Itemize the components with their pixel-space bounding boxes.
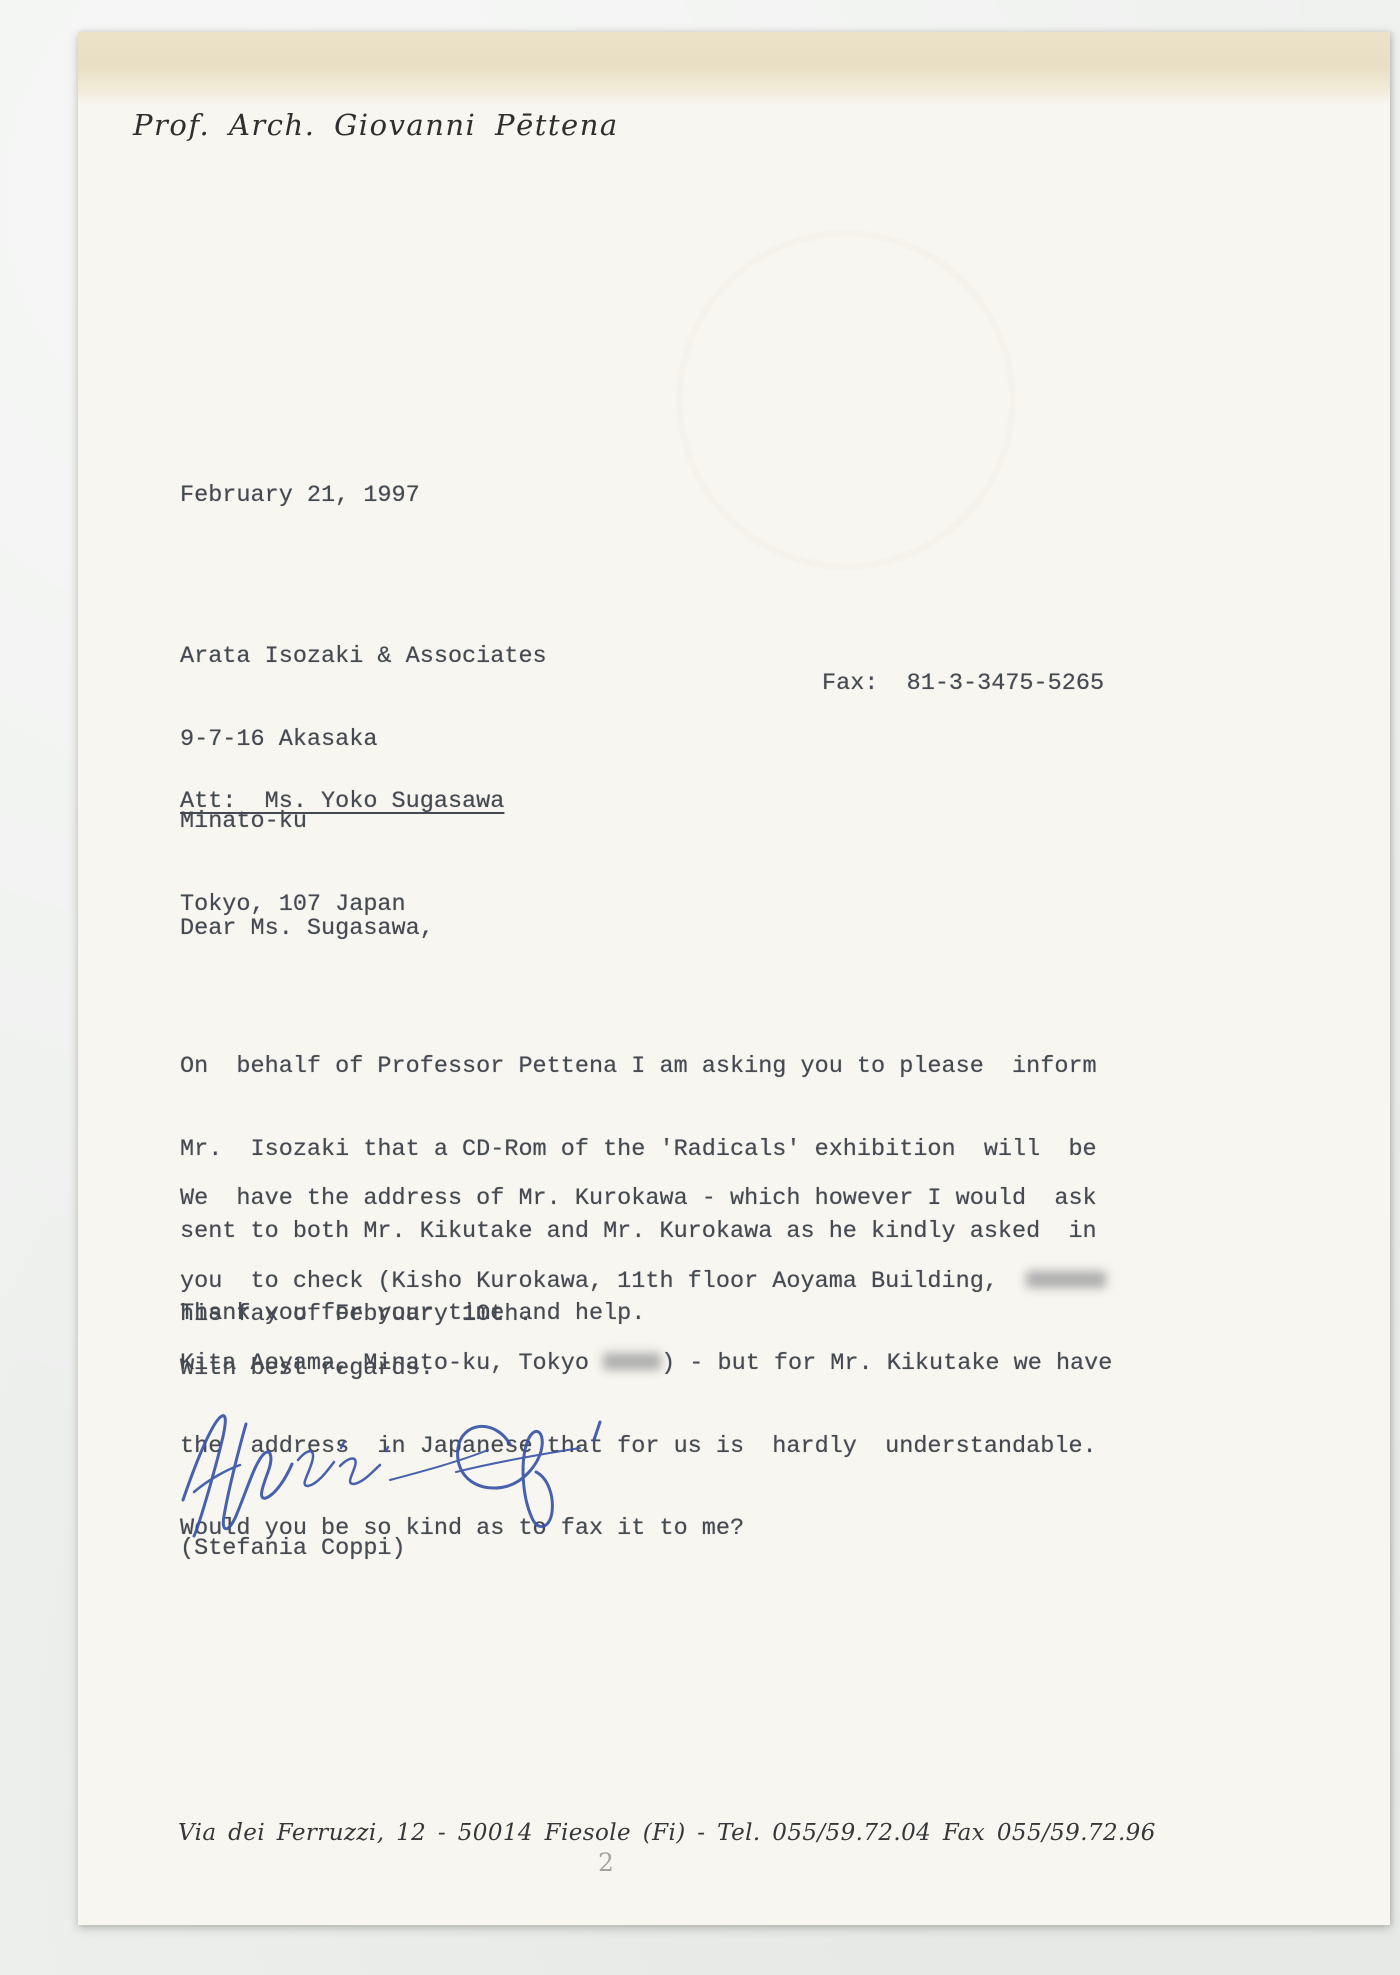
body-text: you to check (Kisho Kurokawa, 11th floor… [180, 1268, 1026, 1295]
redacted-text [1026, 1271, 1106, 1288]
recipient-line: Tokyo, 107 Japan [180, 891, 547, 919]
fax-number: Fax: 81-3-3475-5265 [822, 670, 1104, 698]
attention-line: Att: Ms. Yoko Sugasawa [180, 788, 504, 816]
recipient-line: 9-7-16 Akasaka [180, 726, 547, 754]
letter-date: February 21, 1997 [180, 482, 420, 510]
redacted-text [603, 1353, 661, 1370]
body-text: ) - but for Mr. Kikutake we have [661, 1350, 1112, 1377]
signer-name: (Stefania Coppi) [180, 1535, 406, 1563]
scan-background: { "letterhead": { "name": "Prof. Arch. G… [0, 0, 1400, 1975]
letterhead-name: Prof. Arch. Giovanni Pēttena [133, 108, 619, 142]
closing-line: With best regards. [180, 1355, 434, 1383]
recipient-line: Arata Isozaki & Associates [180, 643, 547, 671]
salutation: Dear Ms. Sugasawa, [180, 915, 434, 943]
body-line: On behalf of Professor Pettena I am aski… [180, 1053, 1097, 1081]
ghost-emboss-mark [678, 232, 1014, 568]
letter-paper: Prof. Arch. Giovanni Pēttena February 21… [78, 32, 1390, 1925]
thanks-line: Thank you for your time and help. [180, 1300, 645, 1328]
body-line: you to check (Kisho Kurokawa, 11th floor… [180, 1268, 1112, 1296]
body-line: We have the address of Mr. Kurokawa - wh… [180, 1185, 1112, 1213]
paper-top-edge-band [78, 32, 1390, 106]
footer-address: Via dei Ferruzzi, 12 - 50014 Fiesole (Fi… [178, 1820, 1156, 1846]
page-number: 2 [598, 1848, 614, 1877]
